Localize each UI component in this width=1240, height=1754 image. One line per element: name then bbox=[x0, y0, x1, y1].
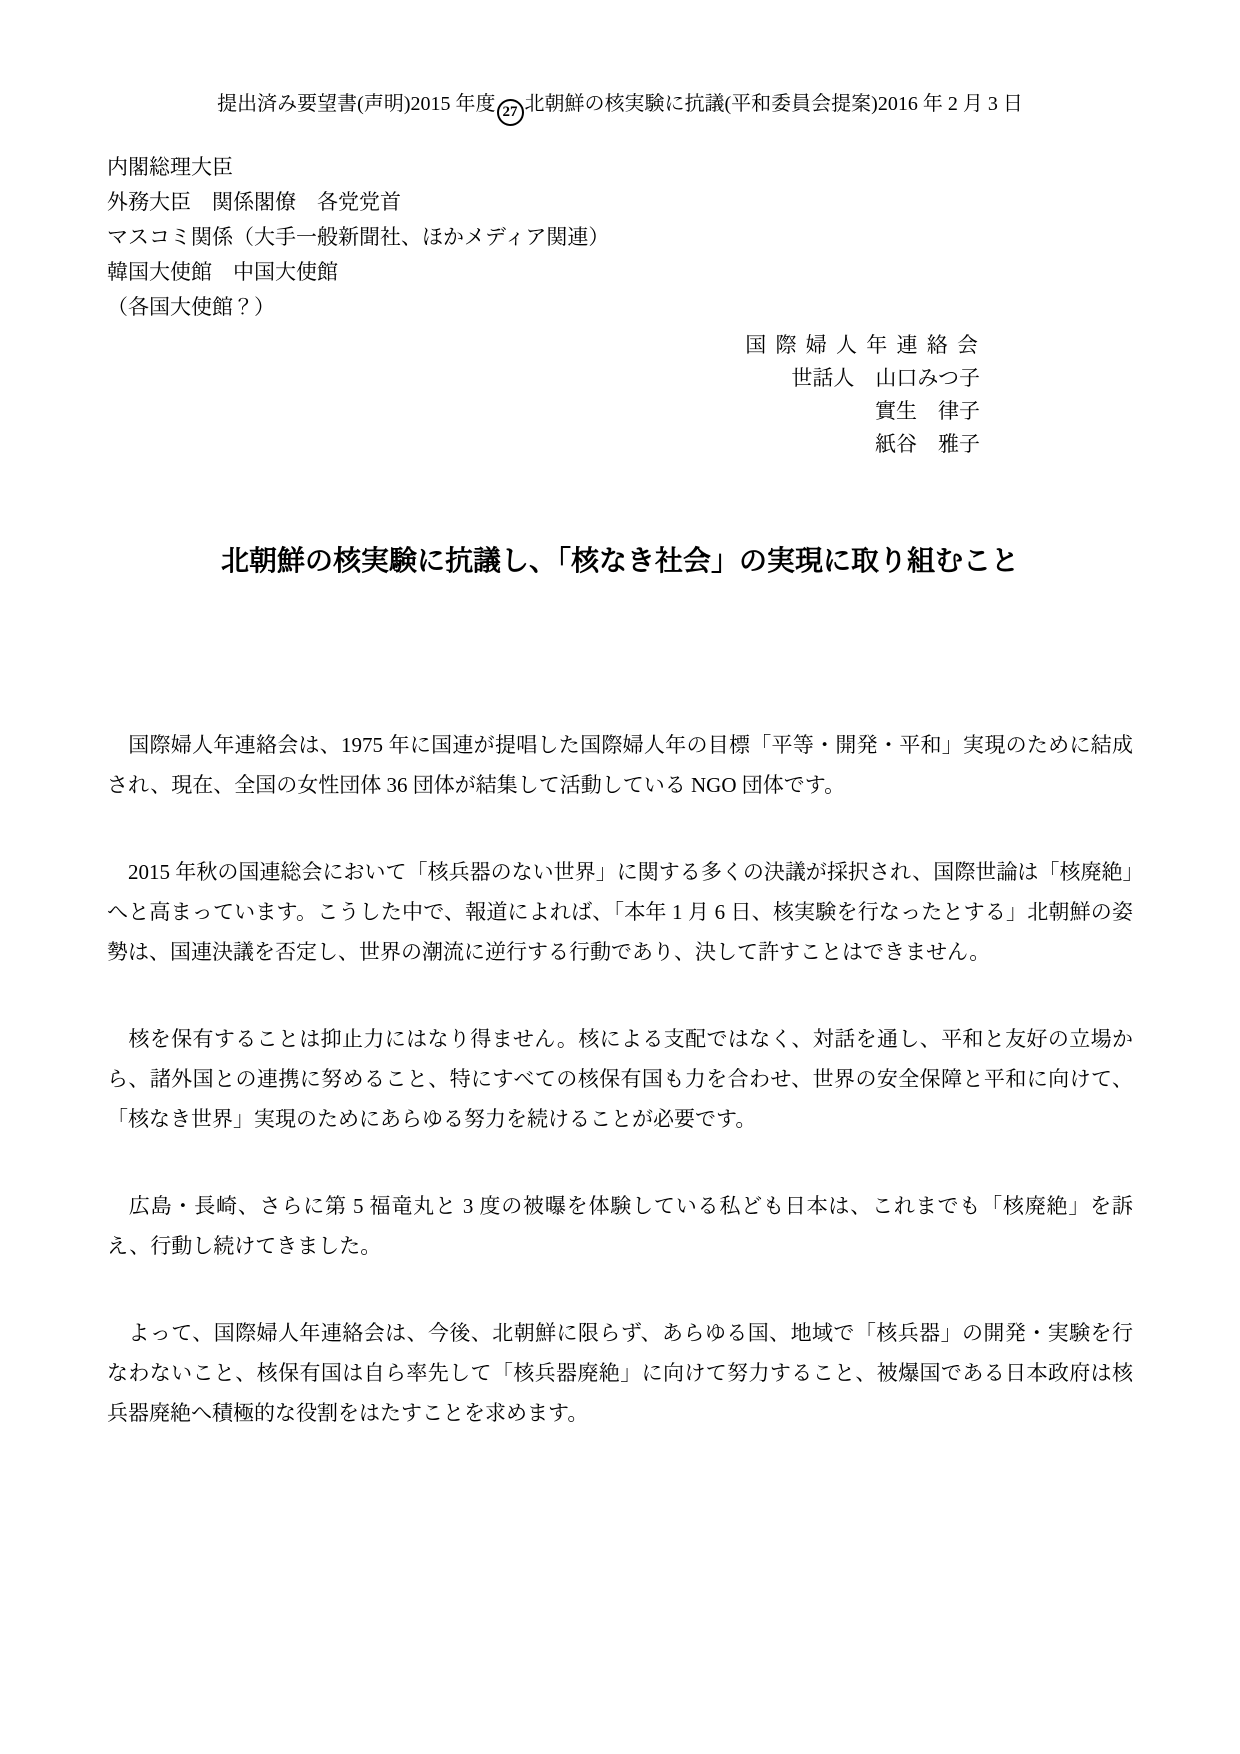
recipient-list: 内閣総理大臣 外務大臣 関係閣僚 各党党首 マスコミ関係（大手一般新聞社、ほかメ… bbox=[107, 150, 1133, 325]
body-paragraph: よって、国際婦人年連絡会は、今後、北朝鮮に限らず、あらゆる国、地域で「核兵器」の… bbox=[107, 1313, 1133, 1433]
recipient-line: 韓国大使館 中国大使館 bbox=[107, 255, 1133, 290]
body-paragraph: 2015 年秋の国連総会において「核兵器のない世界」に関する多くの決議が採択され… bbox=[107, 852, 1133, 972]
recipient-line: 内閣総理大臣 bbox=[107, 150, 1133, 185]
header-left-text: 提出済み要望書(声明)2015 年度 bbox=[217, 93, 495, 115]
recipient-line: マスコミ関係（大手一般新聞社、ほかメディア関連） bbox=[107, 220, 1133, 255]
signature-name: 實生 律子 bbox=[107, 395, 980, 428]
body-paragraph: 広島・長崎、さらに第 5 福竜丸と 3 度の被曝を体験している私ども日本は、これ… bbox=[107, 1186, 1133, 1266]
signature-caretaker: 世話人 山口みつ子 bbox=[107, 362, 980, 395]
recipient-line: （各国大使館？） bbox=[107, 290, 1133, 325]
body-paragraph: 国際婦人年連絡会は、1975 年に国連が提唱した国際婦人年の目標「平等・開発・平… bbox=[107, 725, 1133, 805]
document-page: 提出済み要望書(声明)2015 年度27北朝鮮の核実験に抗議(平和委員会提案)2… bbox=[0, 0, 1240, 1754]
signature-organization: 国 際 婦 人 年 連 絡 会 bbox=[107, 329, 980, 362]
signature-block: 国 際 婦 人 年 連 絡 会 世話人 山口みつ子 實生 律子 紙谷 雅子 bbox=[107, 329, 1133, 461]
body-paragraph: 核を保有することは抑止力にはなり得ません。核による支配ではなく、対話を通し、平和… bbox=[107, 1019, 1133, 1139]
header-right-text: 北朝鮮の核実験に抗議(平和委員会提案)2016 年 2 月 3 日 bbox=[525, 93, 1023, 115]
document-title: 北朝鮮の核実験に抗議し、「核なき社会」の実現に取り組むこと bbox=[107, 539, 1133, 579]
recipient-line: 外務大臣 関係閣僚 各党党首 bbox=[107, 185, 1133, 220]
document-body: 国際婦人年連絡会は、1975 年に国連が提唱した国際婦人年の目標「平等・開発・平… bbox=[107, 725, 1133, 1433]
signature-name: 紙谷 雅子 bbox=[107, 428, 980, 461]
document-header: 提出済み要望書(声明)2015 年度27北朝鮮の核実験に抗議(平和委員会提案)2… bbox=[107, 90, 1133, 126]
circled-number-badge: 27 bbox=[497, 99, 524, 126]
